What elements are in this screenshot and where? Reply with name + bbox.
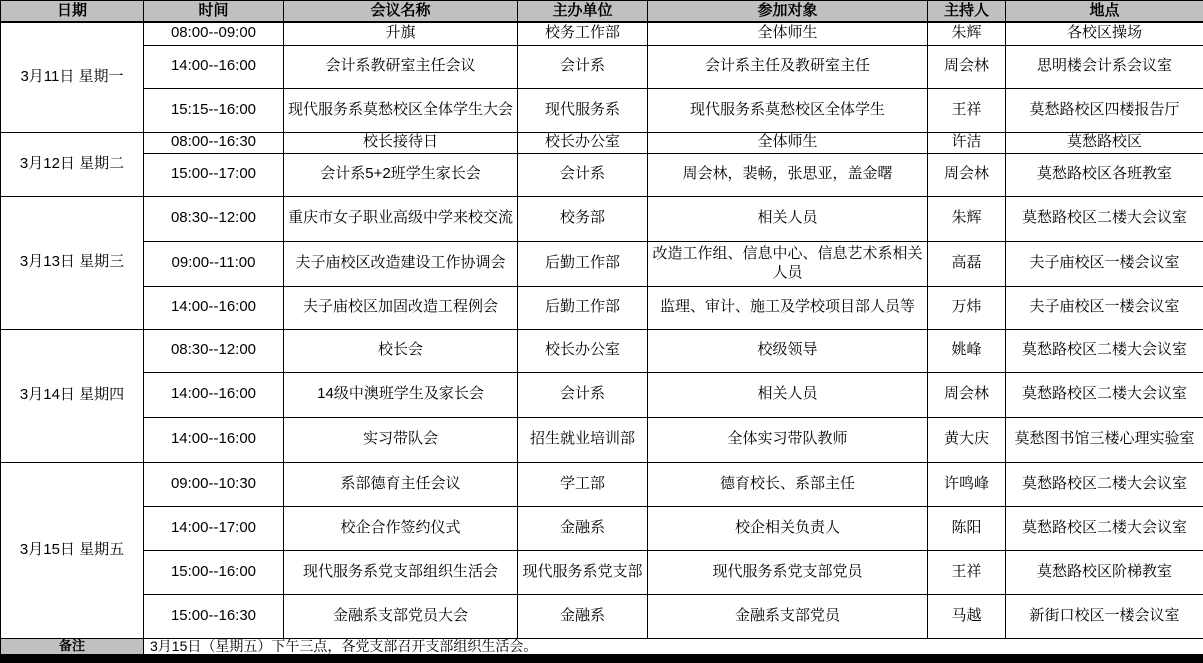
column-header: 日期 [1, 1, 144, 23]
meeting-name-cell: 系部德育主任会议 [284, 462, 518, 506]
location-cell: 莫愁图书馆三楼心理实验室 [1006, 417, 1203, 462]
organizer-cell: 学工部 [518, 462, 648, 506]
date-cell: 3月13日 星期三 [1, 196, 144, 329]
column-header: 参加对象 [648, 1, 928, 23]
meeting-name-cell: 现代服务系党支部组织生活会 [284, 550, 518, 594]
participants-cell: 会计系主任及教研室主任 [648, 45, 928, 88]
organizer-cell: 校长办公室 [518, 329, 648, 372]
host-cell: 陈阳 [928, 506, 1006, 550]
time-cell: 14:00--16:00 [144, 45, 284, 88]
location-cell: 莫愁路校区 [1006, 132, 1203, 153]
organizer-cell: 校务部 [518, 196, 648, 241]
schedule-row: 3月11日 星期一08:00--09:00升旗校务工作部全体师生朱辉各校区操场 [1, 22, 1203, 45]
column-header: 会议名称 [284, 1, 518, 23]
time-cell: 08:00--16:30 [144, 132, 284, 153]
column-header: 时间 [144, 1, 284, 23]
location-cell: 莫愁路校区二楼大会议室 [1006, 372, 1203, 417]
participants-cell: 周会林，裴畅，张思亚，盖金曙 [648, 153, 928, 196]
participants-cell: 校企相关负责人 [648, 506, 928, 550]
host-cell: 黄大庆 [928, 417, 1006, 462]
organizer-cell: 校务工作部 [518, 22, 648, 45]
time-cell: 14:00--16:00 [144, 417, 284, 462]
time-cell: 08:30--12:00 [144, 196, 284, 241]
location-cell: 莫愁路校区各班教室 [1006, 153, 1203, 196]
time-cell: 08:30--12:00 [144, 329, 284, 372]
organizer-cell: 会计系 [518, 153, 648, 196]
participants-cell: 改造工作组、信息中心、信息艺术系相关人员 [648, 241, 928, 286]
meeting-name-cell: 校长接待日 [284, 132, 518, 153]
meeting-name-cell: 金融系支部党员大会 [284, 594, 518, 638]
date-cell: 3月12日 星期二 [1, 132, 144, 196]
host-cell: 周会林 [928, 372, 1006, 417]
note-text: 3月15日（星期五）下午三点，各党支部召开支部组织生活会。 [144, 638, 1203, 654]
location-cell: 夫子庙校区一楼会议室 [1006, 241, 1203, 286]
participants-cell: 校级领导 [648, 329, 928, 372]
location-cell: 莫愁路校区四楼报告厅 [1006, 88, 1203, 132]
schedule-row: 3月12日 星期二08:00--16:30校长接待日校长办公室全体师生许洁莫愁路… [1, 132, 1203, 153]
time-cell: 14:00--16:00 [144, 372, 284, 417]
schedule-row: 15:00--17:00会计系5+2班学生家长会会计系周会林，裴畅，张思亚，盖金… [1, 153, 1203, 196]
participants-cell: 全体实习带队教师 [648, 417, 928, 462]
time-cell: 09:00--11:00 [144, 241, 284, 286]
participants-cell: 金融系支部党员 [648, 594, 928, 638]
participants-cell: 监理、审计、施工及学校项目部人员等 [648, 286, 928, 329]
schedule-row: 3月13日 星期三08:30--12:00重庆市女子职业高级中学来校交流校务部相… [1, 196, 1203, 241]
note-label: 备注 [1, 638, 144, 654]
meeting-name-cell: 14级中澳班学生及家长会 [284, 372, 518, 417]
host-cell: 万炜 [928, 286, 1006, 329]
participants-cell: 现代服务系莫愁校区全体学生 [648, 88, 928, 132]
time-cell: 09:00--10:30 [144, 462, 284, 506]
host-cell: 许洁 [928, 132, 1006, 153]
schedule-row: 15:15--16:00现代服务系莫愁校区全体学生大会现代服务系现代服务系莫愁校… [1, 88, 1203, 132]
meeting-name-cell: 重庆市女子职业高级中学来校交流 [284, 196, 518, 241]
time-cell: 14:00--17:00 [144, 506, 284, 550]
time-cell: 14:00--16:00 [144, 286, 284, 329]
schedule-row: 15:00--16:00现代服务系党支部组织生活会现代服务系党支部现代服务系党支… [1, 550, 1203, 594]
time-cell: 15:15--16:00 [144, 88, 284, 132]
schedule-row: 09:00--11:00夫子庙校区改造建设工作协调会后勤工作部改造工作组、信息中… [1, 241, 1203, 286]
schedule-row: 14:00--16:00会计系教研室主任会议会计系会计系主任及教研室主任周会林思… [1, 45, 1203, 88]
schedule-row: 3月15日 星期五09:00--10:30系部德育主任会议学工部德育校长、系部主… [1, 462, 1203, 506]
host-cell: 周会林 [928, 45, 1006, 88]
time-cell: 15:00--16:30 [144, 594, 284, 638]
host-cell: 朱辉 [928, 22, 1006, 45]
schedule-row: 14:00--16:00实习带队会招生就业培训部全体实习带队教师黄大庆莫愁图书馆… [1, 417, 1203, 462]
organizer-cell: 会计系 [518, 45, 648, 88]
meeting-schedule-table: 日期时间会议名称主办单位参加对象主持人地点 3月11日 星期一08:00--09… [0, 0, 1203, 655]
organizer-cell: 校长办公室 [518, 132, 648, 153]
schedule-row: 14:00--16:0014级中澳班学生及家长会会计系相关人员周会林莫愁路校区二… [1, 372, 1203, 417]
host-cell: 高磊 [928, 241, 1006, 286]
organizer-cell: 招生就业培训部 [518, 417, 648, 462]
host-cell: 王祥 [928, 88, 1006, 132]
header-row: 日期时间会议名称主办单位参加对象主持人地点 [1, 1, 1203, 23]
location-cell: 莫愁路校区二楼大会议室 [1006, 462, 1203, 506]
host-cell: 许鸣峰 [928, 462, 1006, 506]
column-header: 主办单位 [518, 1, 648, 23]
participants-cell: 德育校长、系部主任 [648, 462, 928, 506]
location-cell: 莫愁路校区阶梯教室 [1006, 550, 1203, 594]
participants-cell: 相关人员 [648, 372, 928, 417]
schedule-row: 14:00--17:00校企合作签约仪式金融系校企相关负责人陈阳莫愁路校区二楼大… [1, 506, 1203, 550]
host-cell: 王祥 [928, 550, 1006, 594]
organizer-cell: 现代服务系党支部 [518, 550, 648, 594]
meeting-name-cell: 校企合作签约仪式 [284, 506, 518, 550]
meeting-name-cell: 实习带队会 [284, 417, 518, 462]
meeting-name-cell: 会计系5+2班学生家长会 [284, 153, 518, 196]
meeting-name-cell: 升旗 [284, 22, 518, 45]
location-cell: 新街口校区一楼会议室 [1006, 594, 1203, 638]
date-cell: 3月11日 星期一 [1, 22, 144, 132]
participants-cell: 相关人员 [648, 196, 928, 241]
location-cell: 各校区操场 [1006, 22, 1203, 45]
column-header: 地点 [1006, 1, 1203, 23]
participants-cell: 现代服务系党支部党员 [648, 550, 928, 594]
meeting-name-cell: 夫子庙校区加固改造工程例会 [284, 286, 518, 329]
location-cell: 夫子庙校区一楼会议室 [1006, 286, 1203, 329]
schedule-row: 14:00--16:00夫子庙校区加固改造工程例会后勤工作部监理、审计、施工及学… [1, 286, 1203, 329]
host-cell: 朱辉 [928, 196, 1006, 241]
organizer-cell: 金融系 [518, 594, 648, 638]
date-cell: 3月15日 星期五 [1, 462, 144, 638]
time-cell: 15:00--17:00 [144, 153, 284, 196]
note-row: 备注 3月15日（星期五）下午三点，各党支部召开支部组织生活会。 [1, 638, 1203, 654]
meeting-name-cell: 现代服务系莫愁校区全体学生大会 [284, 88, 518, 132]
organizer-cell: 会计系 [518, 372, 648, 417]
location-cell: 莫愁路校区二楼大会议室 [1006, 196, 1203, 241]
schedule-row: 3月14日 星期四08:30--12:00校长会校长办公室校级领导姚峰莫愁路校区… [1, 329, 1203, 372]
time-cell: 08:00--09:00 [144, 22, 284, 45]
location-cell: 莫愁路校区二楼大会议室 [1006, 329, 1203, 372]
schedule-row: 15:00--16:30金融系支部党员大会金融系金融系支部党员马越新街口校区一楼… [1, 594, 1203, 638]
column-header: 主持人 [928, 1, 1006, 23]
host-cell: 周会林 [928, 153, 1006, 196]
meeting-name-cell: 校长会 [284, 329, 518, 372]
organizer-cell: 现代服务系 [518, 88, 648, 132]
participants-cell: 全体师生 [648, 132, 928, 153]
meeting-name-cell: 夫子庙校区改造建设工作协调会 [284, 241, 518, 286]
organizer-cell: 后勤工作部 [518, 241, 648, 286]
host-cell: 姚峰 [928, 329, 1006, 372]
participants-cell: 全体师生 [648, 22, 928, 45]
location-cell: 思明楼会计系会议室 [1006, 45, 1203, 88]
organizer-cell: 金融系 [518, 506, 648, 550]
location-cell: 莫愁路校区二楼大会议室 [1006, 506, 1203, 550]
meeting-name-cell: 会计系教研室主任会议 [284, 45, 518, 88]
date-cell: 3月14日 星期四 [1, 329, 144, 462]
organizer-cell: 后勤工作部 [518, 286, 648, 329]
time-cell: 15:00--16:00 [144, 550, 284, 594]
host-cell: 马越 [928, 594, 1006, 638]
